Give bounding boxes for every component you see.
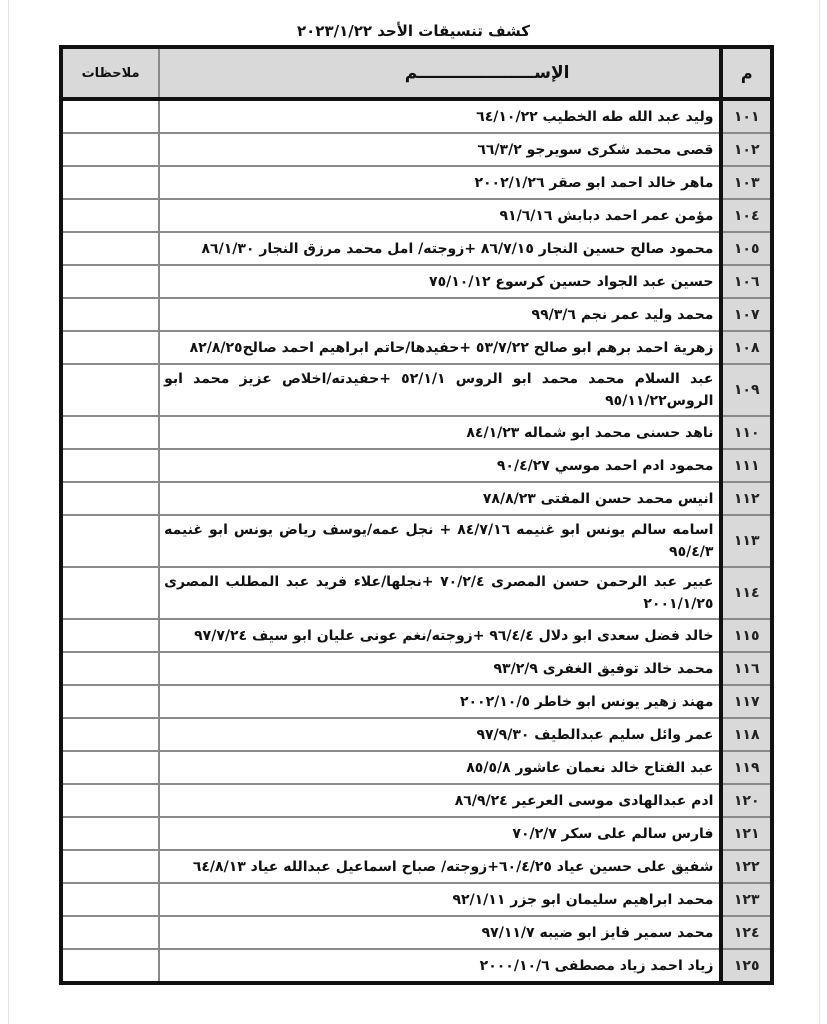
row-notes <box>61 515 159 567</box>
row-number: ١١٢ <box>721 482 772 515</box>
row-name: وليد عبد الله طه الخطيب ٦٤/١٠/٢٢ <box>159 99 721 133</box>
row-name: قصى محمد شكرى سويرجو ٦٦/٣/٢ <box>159 133 721 166</box>
row-name: مهند زهير يونس ابو خاطر ٢٠٠٢/١٠/٥ <box>159 685 721 718</box>
row-number: ١٠٧ <box>721 298 772 331</box>
row-name: محمود صالح حسين النجار ٨٦/٧/١٥ +زوجته/ ا… <box>159 232 721 265</box>
table-row: ١٢٣محمد ابراهيم سليمان ابو جزر ٩٢/١/١١ <box>61 883 772 916</box>
table-row: ١١٠ناهد حسنى محمد ابو شماله ٨٤/١/٢٣ <box>61 416 772 449</box>
row-name: فارس سالم على سكر ٧٠/٢/٧ <box>159 817 721 850</box>
row-number: ١١٦ <box>721 652 772 685</box>
row-notes <box>61 883 159 916</box>
header-number: م <box>721 47 772 99</box>
row-number: ١٠٥ <box>721 232 772 265</box>
row-name: محمد وليد عمر نجم ٩٩/٣/٦ <box>159 298 721 331</box>
row-notes <box>61 751 159 784</box>
row-notes <box>61 416 159 449</box>
row-number: ١٢٠ <box>721 784 772 817</box>
row-name: خالد فضل سعدى ابو دلال ٩٦/٤/٤ +زوجته/نغم… <box>159 619 721 652</box>
row-number: ١١٧ <box>721 685 772 718</box>
table-row: ١٢٢شفيق على حسين عياد ٦٠/٤/٢٥+زوجته/ صبا… <box>61 850 772 883</box>
row-notes <box>61 619 159 652</box>
row-name: ماهر خالد احمد ابو صقر ٢٠٠٢/١/٢٦ <box>159 166 721 199</box>
row-number: ١١٥ <box>721 619 772 652</box>
row-notes <box>61 265 159 298</box>
table-header-row: م الإســــــــــــــــــــم ملاحظات <box>61 47 772 99</box>
row-notes <box>61 449 159 482</box>
row-number: ١١٠ <box>721 416 772 449</box>
table-row: ١٢١فارس سالم على سكر ٧٠/٢/٧ <box>61 817 772 850</box>
header-notes: ملاحظات <box>61 47 159 99</box>
row-number: ١٠٨ <box>721 331 772 364</box>
header-name: الإســــــــــــــــــــم <box>159 47 721 99</box>
row-number: ١٠٤ <box>721 199 772 232</box>
row-notes <box>61 718 159 751</box>
row-name: حسين عبد الجواد حسين كرسوع ٧٥/١٠/١٢ <box>159 265 721 298</box>
row-number: ١١١ <box>721 449 772 482</box>
row-number: ١١٤ <box>721 567 772 619</box>
row-notes <box>61 133 159 166</box>
document-title: كشف تنسيقات الأحد ٢٠٢٣/١/٢٢ <box>0 20 827 42</box>
row-number: ١١٣ <box>721 515 772 567</box>
table-row: ١٢٥زياد احمد زياد مصطفى ٢٠٠٠/١٠/٦ <box>61 949 772 983</box>
table-row: ١١٢انيس محمد حسن المفتى ٧٨/٨/٢٣ <box>61 482 772 515</box>
row-name: عبير عبد الرحمن حسن المصرى ٧٠/٢/٤ +نجلها… <box>159 567 721 619</box>
table-row: ١٠٩عبد السلام محمد محمد ابو الروس ٥٢/١/١… <box>61 364 772 416</box>
row-number: ١٠٣ <box>721 166 772 199</box>
row-name: انيس محمد حسن المفتى ٧٨/٨/٢٣ <box>159 482 721 515</box>
row-notes <box>61 298 159 331</box>
row-number: ١٢٣ <box>721 883 772 916</box>
row-name: عمر وائل سليم عبدالطيف ٩٧/٩/٣٠ <box>159 718 721 751</box>
row-number: ١٢٢ <box>721 850 772 883</box>
table-row: ١١٩عبد الفتاح خالد نعمان عاشور ٨٥/٥/٨ <box>61 751 772 784</box>
table-row: ١٢٤محمد سمير فايز ابو ضيبه ٩٧/١١/٧ <box>61 916 772 949</box>
row-notes <box>61 567 159 619</box>
table-row: ١١٤عبير عبد الرحمن حسن المصرى ٧٠/٢/٤ +نج… <box>61 567 772 619</box>
coordination-table: م الإســــــــــــــــــــم ملاحظات ١٠١و… <box>59 45 774 985</box>
row-number: ١١٩ <box>721 751 772 784</box>
table-row: ١٠٥محمود صالح حسين النجار ٨٦/٧/١٥ +زوجته… <box>61 232 772 265</box>
table-row: ١١٨عمر وائل سليم عبدالطيف ٩٧/٩/٣٠ <box>61 718 772 751</box>
row-name: زهرية احمد برهم ابو صالح ٥٣/٧/٢٢ +حفيدها… <box>159 331 721 364</box>
row-number: ١١٨ <box>721 718 772 751</box>
row-name: عبد السلام محمد محمد ابو الروس ٥٢/١/١ +ح… <box>159 364 721 416</box>
table-row: ١٠٦حسين عبد الجواد حسين كرسوع ٧٥/١٠/١٢ <box>61 265 772 298</box>
table-row: ١٢٠ادم عبدالهادى موسى العرعير ٨٦/٩/٢٤ <box>61 784 772 817</box>
row-notes <box>61 331 159 364</box>
row-notes <box>61 850 159 883</box>
row-notes <box>61 99 159 133</box>
row-number: ١٠٢ <box>721 133 772 166</box>
row-number: ١٢١ <box>721 817 772 850</box>
table-row: ١٠١وليد عبد الله طه الخطيب ٦٤/١٠/٢٢ <box>61 99 772 133</box>
row-number: ١٢٤ <box>721 916 772 949</box>
row-name: عبد الفتاح خالد نعمان عاشور ٨٥/٥/٨ <box>159 751 721 784</box>
row-number: ١٢٥ <box>721 949 772 983</box>
row-name: زياد احمد زياد مصطفى ٢٠٠٠/١٠/٦ <box>159 949 721 983</box>
row-name: مؤمن عمر احمد دبابش ٩١/٦/١٦ <box>159 199 721 232</box>
row-notes <box>61 232 159 265</box>
table-row: ١٠٨زهرية احمد برهم ابو صالح ٥٣/٧/٢٢ +حفي… <box>61 331 772 364</box>
table-row: ١٠٣ماهر خالد احمد ابو صقر ٢٠٠٢/١/٢٦ <box>61 166 772 199</box>
row-number: ١٠١ <box>721 99 772 133</box>
row-number: ١٠٩ <box>721 364 772 416</box>
row-name: ناهد حسنى محمد ابو شماله ٨٤/١/٢٣ <box>159 416 721 449</box>
row-name: شفيق على حسين عياد ٦٠/٤/٢٥+زوجته/ صباح ا… <box>159 850 721 883</box>
row-notes <box>61 652 159 685</box>
row-notes <box>61 916 159 949</box>
row-name: ادم عبدالهادى موسى العرعير ٨٦/٩/٢٤ <box>159 784 721 817</box>
table-row: ١١٣اسامه سالم يونس ابو غنيمه ٨٤/٧/١٦ + ن… <box>61 515 772 567</box>
row-name: محمد خالد توفيق الغفرى ٩٣/٢/٩ <box>159 652 721 685</box>
row-notes <box>61 949 159 983</box>
table-row: ١٠٤مؤمن عمر احمد دبابش ٩١/٦/١٦ <box>61 199 772 232</box>
row-name: اسامه سالم يونس ابو غنيمه ٨٤/٧/١٦ + نجل … <box>159 515 721 567</box>
table-row: ١١٥خالد فضل سعدى ابو دلال ٩٦/٤/٤ +زوجته/… <box>61 619 772 652</box>
row-notes <box>61 482 159 515</box>
row-notes <box>61 364 159 416</box>
row-notes <box>61 685 159 718</box>
table-row: ١١١محمود ادم احمد موسي ٩٠/٤/٢٧ <box>61 449 772 482</box>
table-row: ١١٦محمد خالد توفيق الغفرى ٩٣/٢/٩ <box>61 652 772 685</box>
row-notes <box>61 199 159 232</box>
row-number: ١٠٦ <box>721 265 772 298</box>
table-row: ١١٧مهند زهير يونس ابو خاطر ٢٠٠٢/١٠/٥ <box>61 685 772 718</box>
table-body: ١٠١وليد عبد الله طه الخطيب ٦٤/١٠/٢٢١٠٢قص… <box>61 99 772 983</box>
table-row: ١٠٧محمد وليد عمر نجم ٩٩/٣/٦ <box>61 298 772 331</box>
table-row: ١٠٢قصى محمد شكرى سويرجو ٦٦/٣/٢ <box>61 133 772 166</box>
row-notes <box>61 166 159 199</box>
row-notes <box>61 817 159 850</box>
row-name: محمود ادم احمد موسي ٩٠/٤/٢٧ <box>159 449 721 482</box>
row-name: محمد ابراهيم سليمان ابو جزر ٩٢/١/١١ <box>159 883 721 916</box>
row-notes <box>61 784 159 817</box>
row-name: محمد سمير فايز ابو ضيبه ٩٧/١١/٧ <box>159 916 721 949</box>
